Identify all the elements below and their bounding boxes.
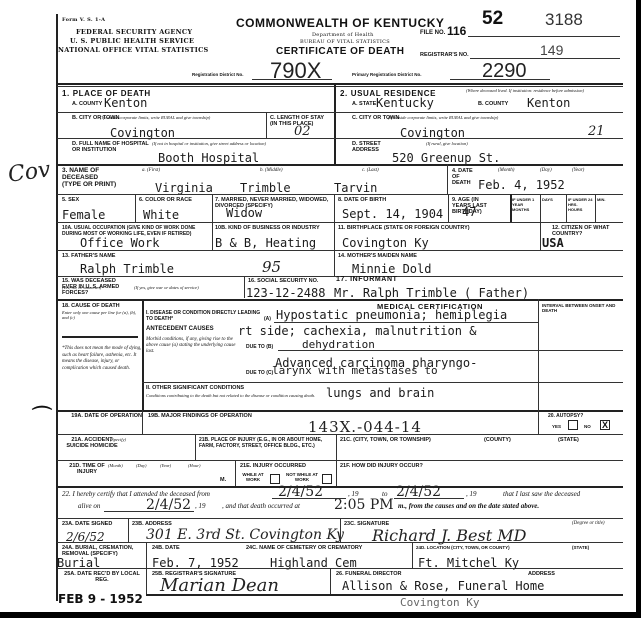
injury-month-label: (Month) <box>108 463 123 470</box>
time-of-injury-label: 21d. TIME OF INJURY <box>62 463 112 475</box>
margin-mark: ⌒ <box>32 400 52 429</box>
first-label: a. (First) <box>142 168 160 175</box>
ur-hint: (Where deceased lived. If institution: r… <box>466 88 616 95</box>
pod-hospital-value: Booth Hospital <box>158 151 259 165</box>
armed-forces-hint-2: (If yes, give war or dates of service) <box>134 285 199 292</box>
death-at-label: , and that death occurred at <box>222 503 300 510</box>
date-received-label: 25a. DATE REC'D BY LOCAL REG. <box>62 571 142 583</box>
race-value: White <box>143 208 179 222</box>
cause-footnote: *This does not mean the mode of dying, s… <box>62 346 142 372</box>
while-at-work-label: WHILE AT WORK <box>238 472 268 482</box>
line-c-label: DUE TO (c) <box>246 370 273 376</box>
dod-value: Feb. 4, 1952 <box>478 178 565 192</box>
agency-line-2: U. S. PUBLIC HEALTH SERVICE <box>70 37 194 45</box>
name-label: 3. NAME OF DECEASED (Type or Print) <box>62 167 117 188</box>
last-label: c. (Last) <box>362 168 379 175</box>
pod-city-hint: (If outside corporate limits, write RURA… <box>100 115 260 122</box>
business-value: B & B, Heating <box>215 236 316 250</box>
place-of-injury-label: 21b. PLACE OF INJURY (e.g., in or about … <box>199 437 329 449</box>
autopsy-no-checkbox-checked[interactable]: X <box>600 420 610 430</box>
accident-specify-label: (Specify) <box>110 437 126 444</box>
injury-hour-label: (Hour) <box>188 463 201 470</box>
cert-line2-post: m., from the causes and on the date stat… <box>398 503 539 510</box>
death-certificate-page: Cov ⌒ Form V. S. 1-A FEDERAL SECURITY AG… <box>0 0 639 616</box>
father-value: Ralph Trimble <box>80 262 174 276</box>
reg-district-value: 790X <box>270 58 321 84</box>
informant-value: Mr. Ralph Trimble ( Father) <box>334 286 529 300</box>
certificate-title: CERTIFICATE OF DEATH <box>276 46 405 57</box>
father-code: 95 <box>262 258 281 276</box>
other-conditions-value: lungs and brain <box>326 386 434 400</box>
birthplace-label: 11. BIRTHPLACE (State or foreign country… <box>338 225 470 231</box>
operation-findings-label: 19b. MAJOR FINDINGS OF OPERATION <box>148 413 252 419</box>
ur-state-label: a. STATE <box>352 101 376 107</box>
autopsy-yes-label: YES <box>552 424 561 430</box>
location-label: 24d. LOCATION (City, town, or county) <box>416 545 510 551</box>
file-stamp-number: 3188 <box>545 10 583 30</box>
file-stamp-year: 52 <box>482 8 503 30</box>
dept-line-1: Department of Health <box>312 32 374 38</box>
last-name-value: Tarvin <box>334 181 377 195</box>
while-at-work-checkbox[interactable] <box>270 474 280 484</box>
agency-line-3: NATIONAL OFFICE VITAL STATISTICS <box>58 46 209 54</box>
cause-of-death-label: 18. CAUSE OF DEATH <box>62 303 120 309</box>
ur-city-hint: (If outside corporate limits, write RURA… <box>388 115 498 122</box>
under-1yr-months: If Under 1 Year Months <box>512 197 537 212</box>
injury-m-label: m. <box>220 477 226 483</box>
funeral-city: Covington Ky <box>400 596 479 609</box>
age-value: 47 <box>462 205 476 219</box>
nineteen-3: , 19 <box>195 503 206 510</box>
how-injury-label: 21f. HOW DID INJURY OCCUR? <box>340 463 423 469</box>
ur-street-label: d. STREET ADDRESS <box>352 141 392 153</box>
informant-label: 17. INFORMANT <box>336 276 397 283</box>
ur-state-value: Kentucky <box>376 96 434 110</box>
ur-street-value: 520 Greenup St. <box>392 151 500 165</box>
line-a-value: Hypostatic pneumonia; hemiplegia <box>276 308 507 322</box>
funeral-director-value: Allison & Rose, Funeral Home <box>342 579 544 593</box>
father-label: 13. FATHER'S NAME <box>62 253 115 259</box>
mother-label: 14. MOTHER'S MAIDEN NAME <box>338 253 417 259</box>
injury-occurred-label: 21e. INJURY OCCURRED <box>240 463 306 469</box>
burial-date-label: 24b. DATE <box>152 545 180 551</box>
other-conditions-hint: Conditions contributing to the death but… <box>146 393 326 399</box>
registrar-signature: Marian Dean <box>160 575 279 596</box>
line-b-label: DUE TO (b) <box>246 344 273 350</box>
injury-city-label: 21c. (CITY, TOWN, OR TOWNSHIP) <box>340 437 431 443</box>
citizen-value: USA <box>542 236 564 250</box>
line-c-value: larynx with metastases to <box>272 366 438 376</box>
sex-value: Female <box>62 208 105 222</box>
pod-county-label: a. COUNTY <box>72 101 102 107</box>
armed-forces-hint-1: (Yes, no, or unknown) <box>62 285 101 292</box>
under-1yr-days: Days <box>542 197 566 202</box>
occupation-value: Office Work <box>80 236 159 250</box>
line-b-value: dehydration <box>302 340 375 350</box>
dod-month-label: (Month) <box>498 168 514 175</box>
disease-label: I. DISEASE OR CONDITION DIRECTLY LEADING… <box>146 310 266 322</box>
interval-label: INTERVAL BETWEEN ONSET AND DEATH <box>542 303 622 313</box>
date-received-stamp: FEB 9 - 1952 <box>58 592 143 606</box>
state-title: COMMONWEALTH OF KENTUCKY <box>236 16 444 30</box>
ur-street-hint: (If rural, give location) <box>426 141 468 148</box>
cert-line1-post: that I last saw the deceased <box>503 491 580 498</box>
ur-county-value: Kenton <box>527 96 570 110</box>
antecedent-hint: Morbid conditions, if any, giving rise t… <box>146 337 236 355</box>
funeral-address-label: ADDRESS <box>528 571 555 577</box>
under-24hr-hours: If Under 24 Hrs. Hours <box>568 197 593 212</box>
ur-city-code: 21 <box>588 124 605 139</box>
date-signed-label: 23a. DATE SIGNED <box>62 521 112 527</box>
primary-district-label: Primary Registration District No. <box>352 72 422 78</box>
ssn-value: 123-12-2488 <box>246 286 325 300</box>
ur-county-label: b. COUNTY <box>478 101 508 107</box>
pod-stay-value: 02 <box>294 124 311 139</box>
dob-value: Sept. 14, 1904 <box>342 207 443 221</box>
under-24hr-min: Min. <box>597 197 621 202</box>
autopsy-no-label: NO <box>584 424 591 430</box>
autopsy-yes-checkbox[interactable] <box>568 420 578 430</box>
degree-label: (Degree or title) <box>572 521 605 528</box>
ssn-label: 16. SOCIAL SECURITY NO. <box>248 278 328 284</box>
not-while-at-work-label: NOT WHILE AT WORK <box>284 472 320 482</box>
injury-day-label: (Day) <box>136 463 147 470</box>
mother-value: Minnie Dold <box>352 262 431 276</box>
registrar-no-value: 149 <box>540 42 563 58</box>
dod-label: 4. DATE OF DEATH <box>452 168 476 186</box>
alive-on-label: alive on <box>78 503 100 510</box>
injury-county-label: (COUNTY) <box>484 437 511 443</box>
sex-label: 5. SEX <box>62 197 79 203</box>
form-left-border <box>56 14 58 601</box>
funeral-director-label: 26. FUNERAL DIRECTOR <box>336 571 402 577</box>
pod-hospital-hint: (If not in hospital or institution, give… <box>152 141 332 148</box>
first-name-value: Virginia <box>155 181 213 195</box>
nineteen-2: , 19 <box>466 491 477 498</box>
location-state-label: (State) <box>572 545 589 551</box>
margin-note-cov: Cov <box>6 157 52 188</box>
antecedent-label: ANTECEDENT CAUSES <box>146 326 214 332</box>
not-while-at-work-checkbox[interactable] <box>322 474 332 484</box>
cemetery-label: 24c. NAME OF CEMETERY OR CREMATORY <box>246 545 362 551</box>
middle-name-value: Trimble <box>240 181 291 195</box>
dob-label: 8. DATE OF BIRTH <box>338 197 386 203</box>
form-number: Form V. S. 1-A <box>62 17 105 23</box>
reg-district-label: Registration District No. <box>192 72 244 78</box>
middle-label: b. (Middle) <box>260 168 283 175</box>
autopsy-label: 20. AUTOPSY? <box>548 413 583 419</box>
business-label: 10b. KIND OF BUSINESS OR INDUSTRY <box>215 225 333 231</box>
line-a-label: (a) <box>264 316 271 322</box>
address-value: 301 E. 3rd St. Covington Ky <box>146 527 344 543</box>
birthplace-value: Covington Ky <box>342 236 429 250</box>
file-no-value: 116 <box>447 24 466 38</box>
injury-state-label: (STATE) <box>558 437 579 443</box>
cause-hint: Enter only one cause per line for (a), (… <box>62 310 142 320</box>
dod-year-label: (Year) <box>572 168 584 175</box>
marital-value: Widow <box>226 206 262 220</box>
dept-line-2: BUREAU OF VITAL STATISTICS <box>300 39 390 45</box>
file-no-label: FILE NO. <box>420 30 445 36</box>
death-time: 2:05 PM <box>334 497 394 513</box>
pod-county-value: Kenton <box>104 96 147 110</box>
dod-day-label: (Day) <box>540 168 552 175</box>
injury-year-label: (Year) <box>160 463 171 470</box>
race-label: 6. COLOR OR RACE <box>139 197 192 203</box>
pod-hospital-label: d. FULL NAME OF HOSPITAL OR INSTITUTION <box>72 141 152 153</box>
operation-date-label: 19a. DATE OF OPERATION <box>62 413 142 419</box>
other-conditions-label: II. OTHER SIGNIFICANT CONDITIONS <box>146 385 244 391</box>
line-a-continued: rt side; cachexia, malnutrition & <box>238 324 476 338</box>
registrar-no-label: REGISTRAR'S NO. <box>420 52 469 58</box>
agency-line-1: FEDERAL SECURITY AGENCY <box>76 28 192 36</box>
